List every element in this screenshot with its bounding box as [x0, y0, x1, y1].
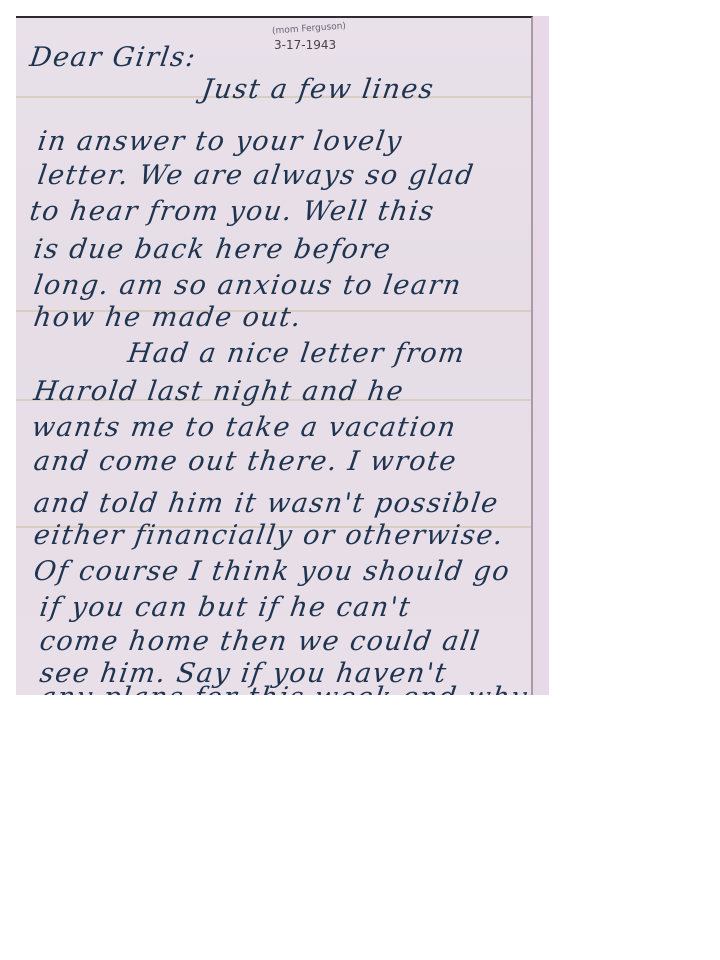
- letter-line: to hear from you. Well this: [28, 196, 437, 227]
- letter-line: if you can but if he can't: [38, 592, 413, 623]
- letter-line: long. am so anxious to learn: [32, 270, 464, 301]
- letter-line: either financially or otherwise.: [32, 520, 506, 551]
- letter-line: in answer to your lovely: [36, 126, 405, 157]
- page-canvas: (mom Ferguson) 3-17-1943 Dear Girls: Jus…: [0, 0, 720, 960]
- letter-line: is due back here before: [32, 234, 394, 265]
- letter-line: any plans for this week end why: [38, 682, 530, 695]
- letter-line: how he made out.: [32, 302, 304, 333]
- letter-line: letter. We are always so glad: [36, 160, 477, 191]
- letter-line: and come out there. I wrote: [32, 446, 459, 477]
- letter-line: Just a few lines: [200, 74, 437, 105]
- letter-line: Harold last night and he: [32, 376, 407, 407]
- letter-line: and told him it wasn't possible: [32, 488, 501, 519]
- letter-line: Had a nice letter from: [126, 338, 468, 369]
- letter-body: Dear Girls: Just a few lines in answer t…: [16, 18, 531, 695]
- letter-line: wants me to take a vacation: [30, 412, 459, 443]
- letter-line: Of course I think you should go: [32, 556, 513, 587]
- letter-line: come home then we could all: [38, 626, 483, 657]
- salutation: Dear Girls:: [28, 42, 199, 73]
- letter-paper: (mom Ferguson) 3-17-1943 Dear Girls: Jus…: [16, 16, 533, 695]
